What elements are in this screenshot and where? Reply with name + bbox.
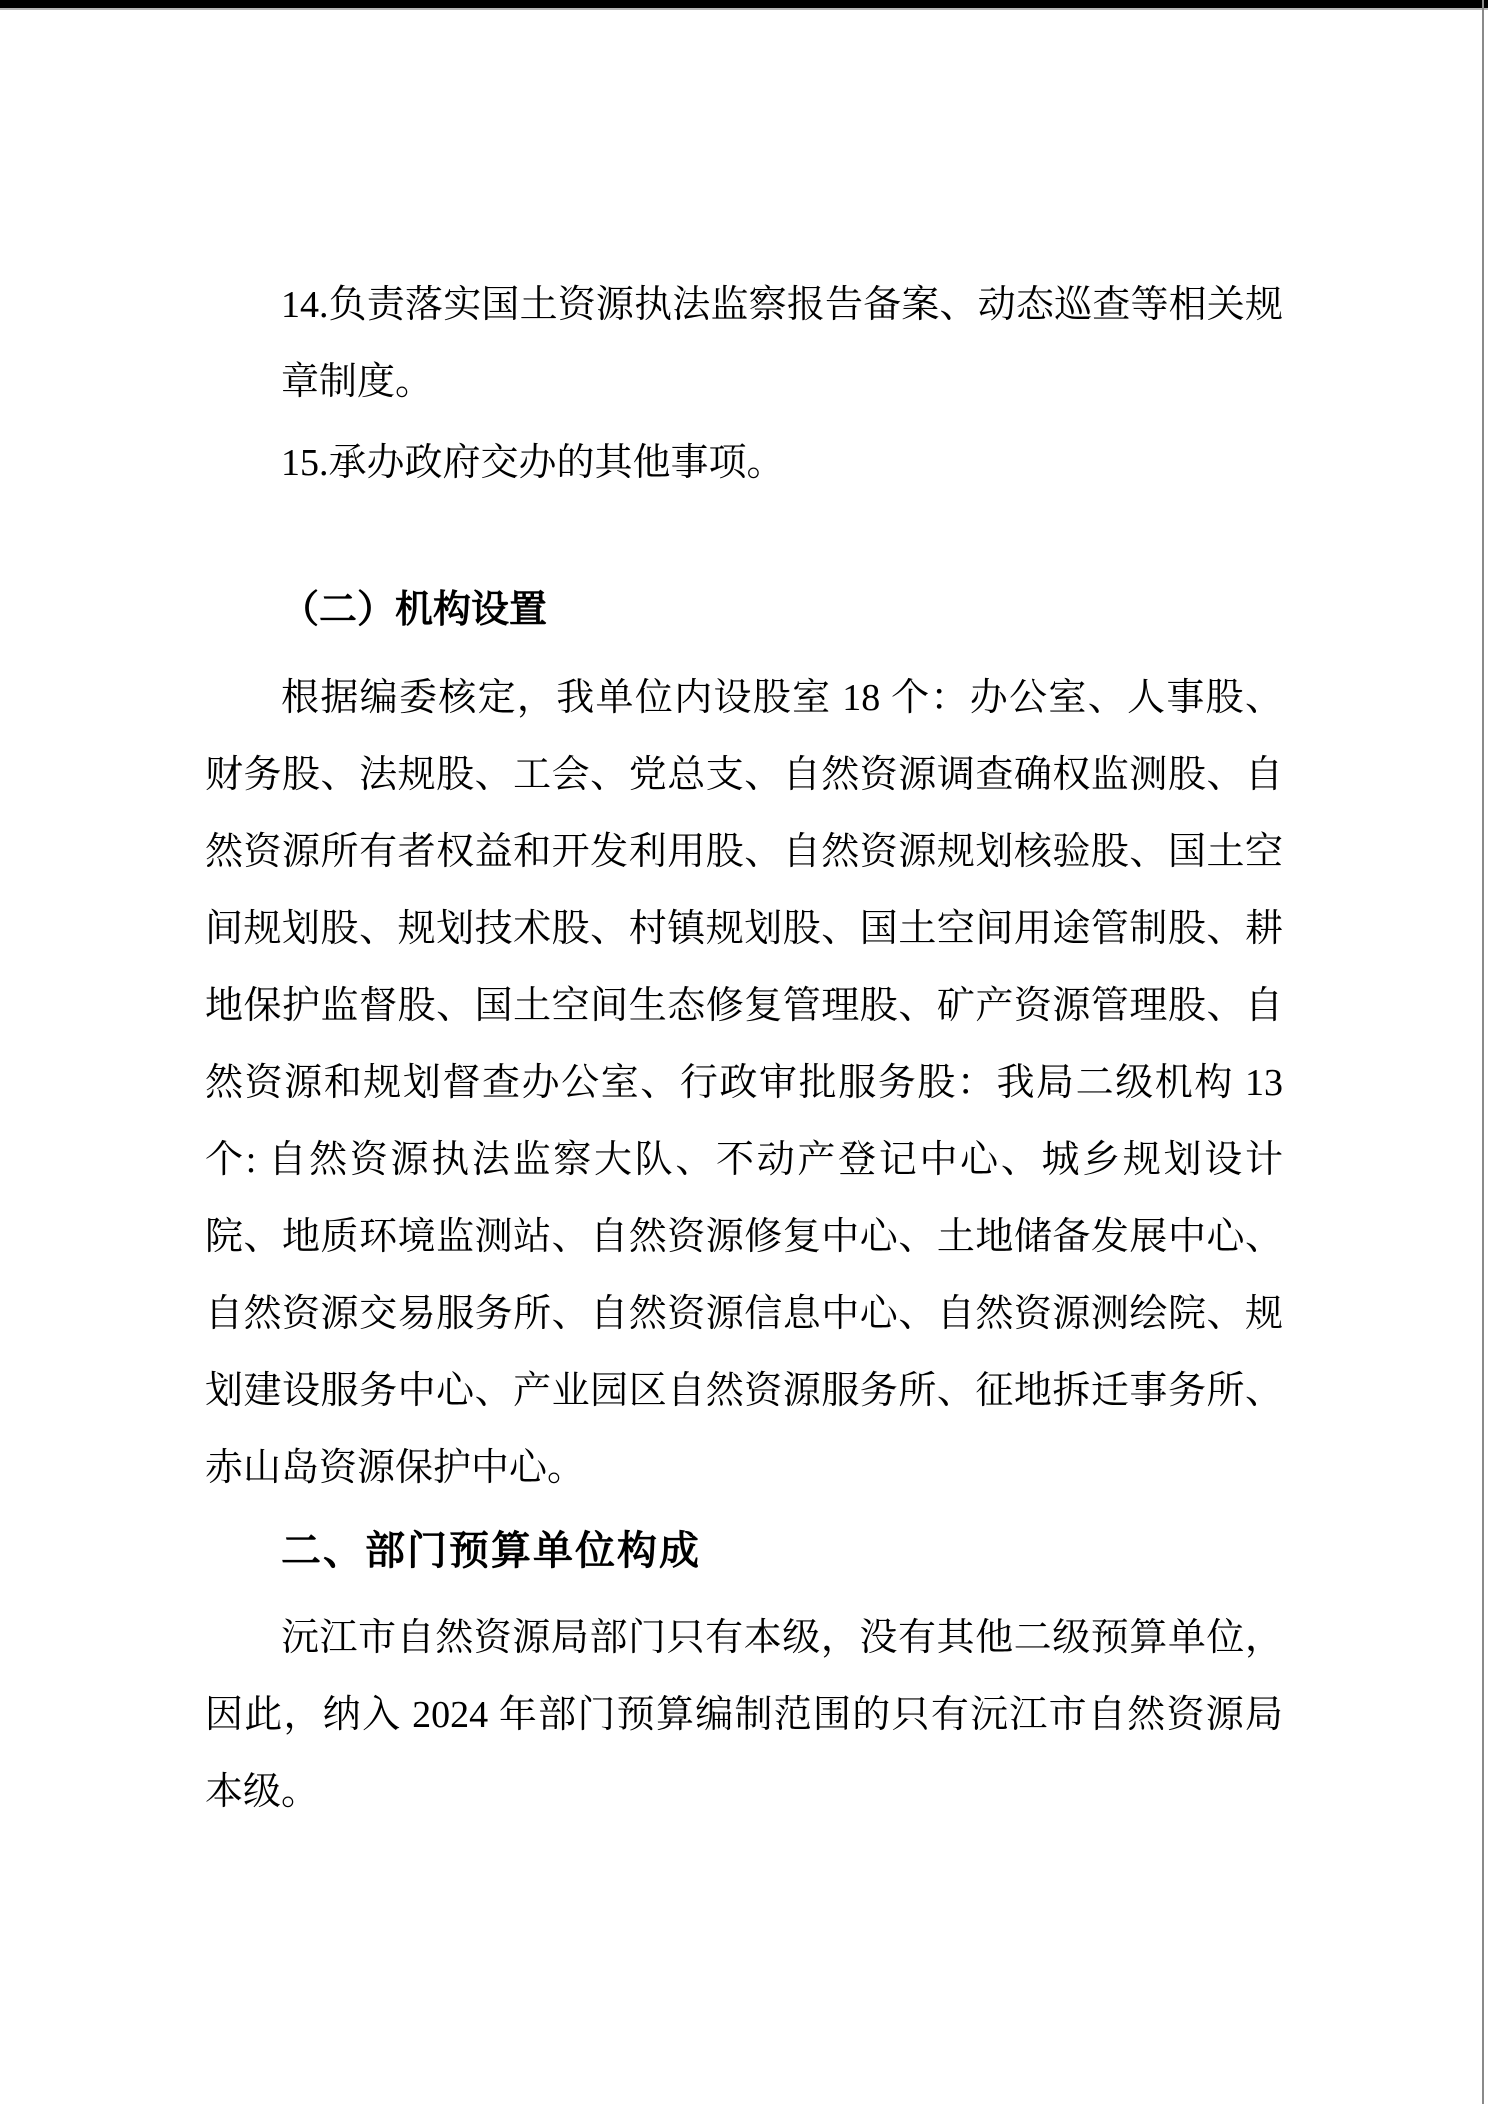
page-right-edge-line bbox=[1482, 0, 1484, 2104]
page-top-edge-bar bbox=[0, 0, 1488, 8]
duty-item-15: 15.承办政府交办的其他事项。 bbox=[205, 425, 1283, 502]
page-top-edge-shadow bbox=[0, 8, 1488, 10]
section-heading-organization-setup: （二）机构设置 bbox=[205, 572, 1283, 649]
budget-unit-composition-paragraph: 沅江市自然资源局部门只有本级，没有其他二级预算单位，因此，纳入 2024 年部门… bbox=[205, 1600, 1283, 1831]
duty-item-14: 14.负责落实国土资源执法监察报告备案、动态巡查等相关规章制度。 bbox=[205, 267, 1283, 421]
document-page: 14.负责落实国土资源执法监察报告备案、动态巡查等相关规章制度。 15.承办政府… bbox=[0, 0, 1488, 2104]
chapter-heading-budget-unit-composition: 二、部门预算单位构成 bbox=[205, 1513, 1283, 1590]
organization-setup-paragraph: 根据编委核定，我单位内设股室 18 个：办公室、人事股、财务股、法规股、工会、党… bbox=[205, 660, 1283, 1507]
